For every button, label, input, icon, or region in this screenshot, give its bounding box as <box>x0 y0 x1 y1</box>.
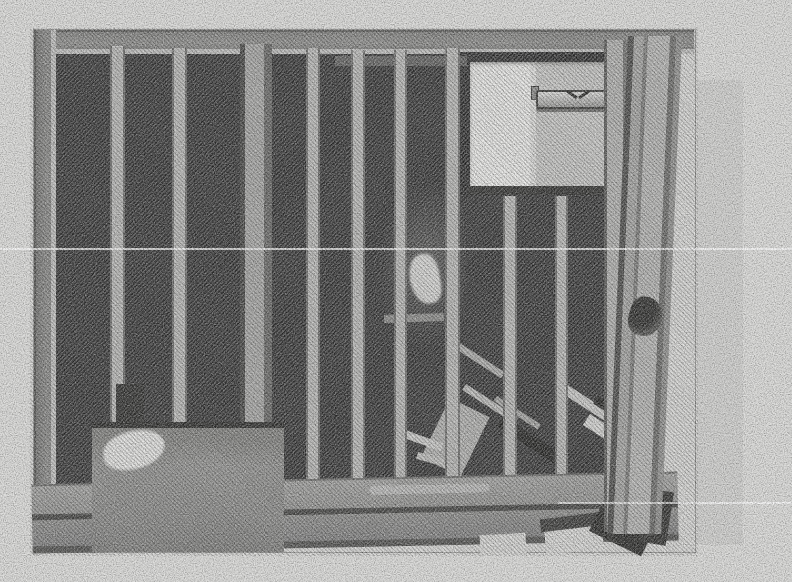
scan-line-artifact <box>558 502 792 504</box>
section-divider-post <box>240 44 272 484</box>
cage-bar <box>394 50 407 482</box>
cage-bar <box>503 196 517 484</box>
cage-bar <box>555 196 568 484</box>
cage-left-frame-post <box>34 30 56 551</box>
cage-bar <box>306 48 320 482</box>
panel-bottom-edge <box>468 186 610 195</box>
door-stile-bar <box>445 48 460 482</box>
white-panel <box>470 62 608 188</box>
scan-line-artifact <box>0 248 792 250</box>
scan-smudge-column <box>697 80 743 545</box>
cage-bar <box>351 50 365 482</box>
under-cage-gap <box>480 533 527 555</box>
scanned-cage-photo <box>0 0 792 582</box>
cage-interior-left <box>56 54 240 484</box>
cage-bar <box>172 48 187 484</box>
